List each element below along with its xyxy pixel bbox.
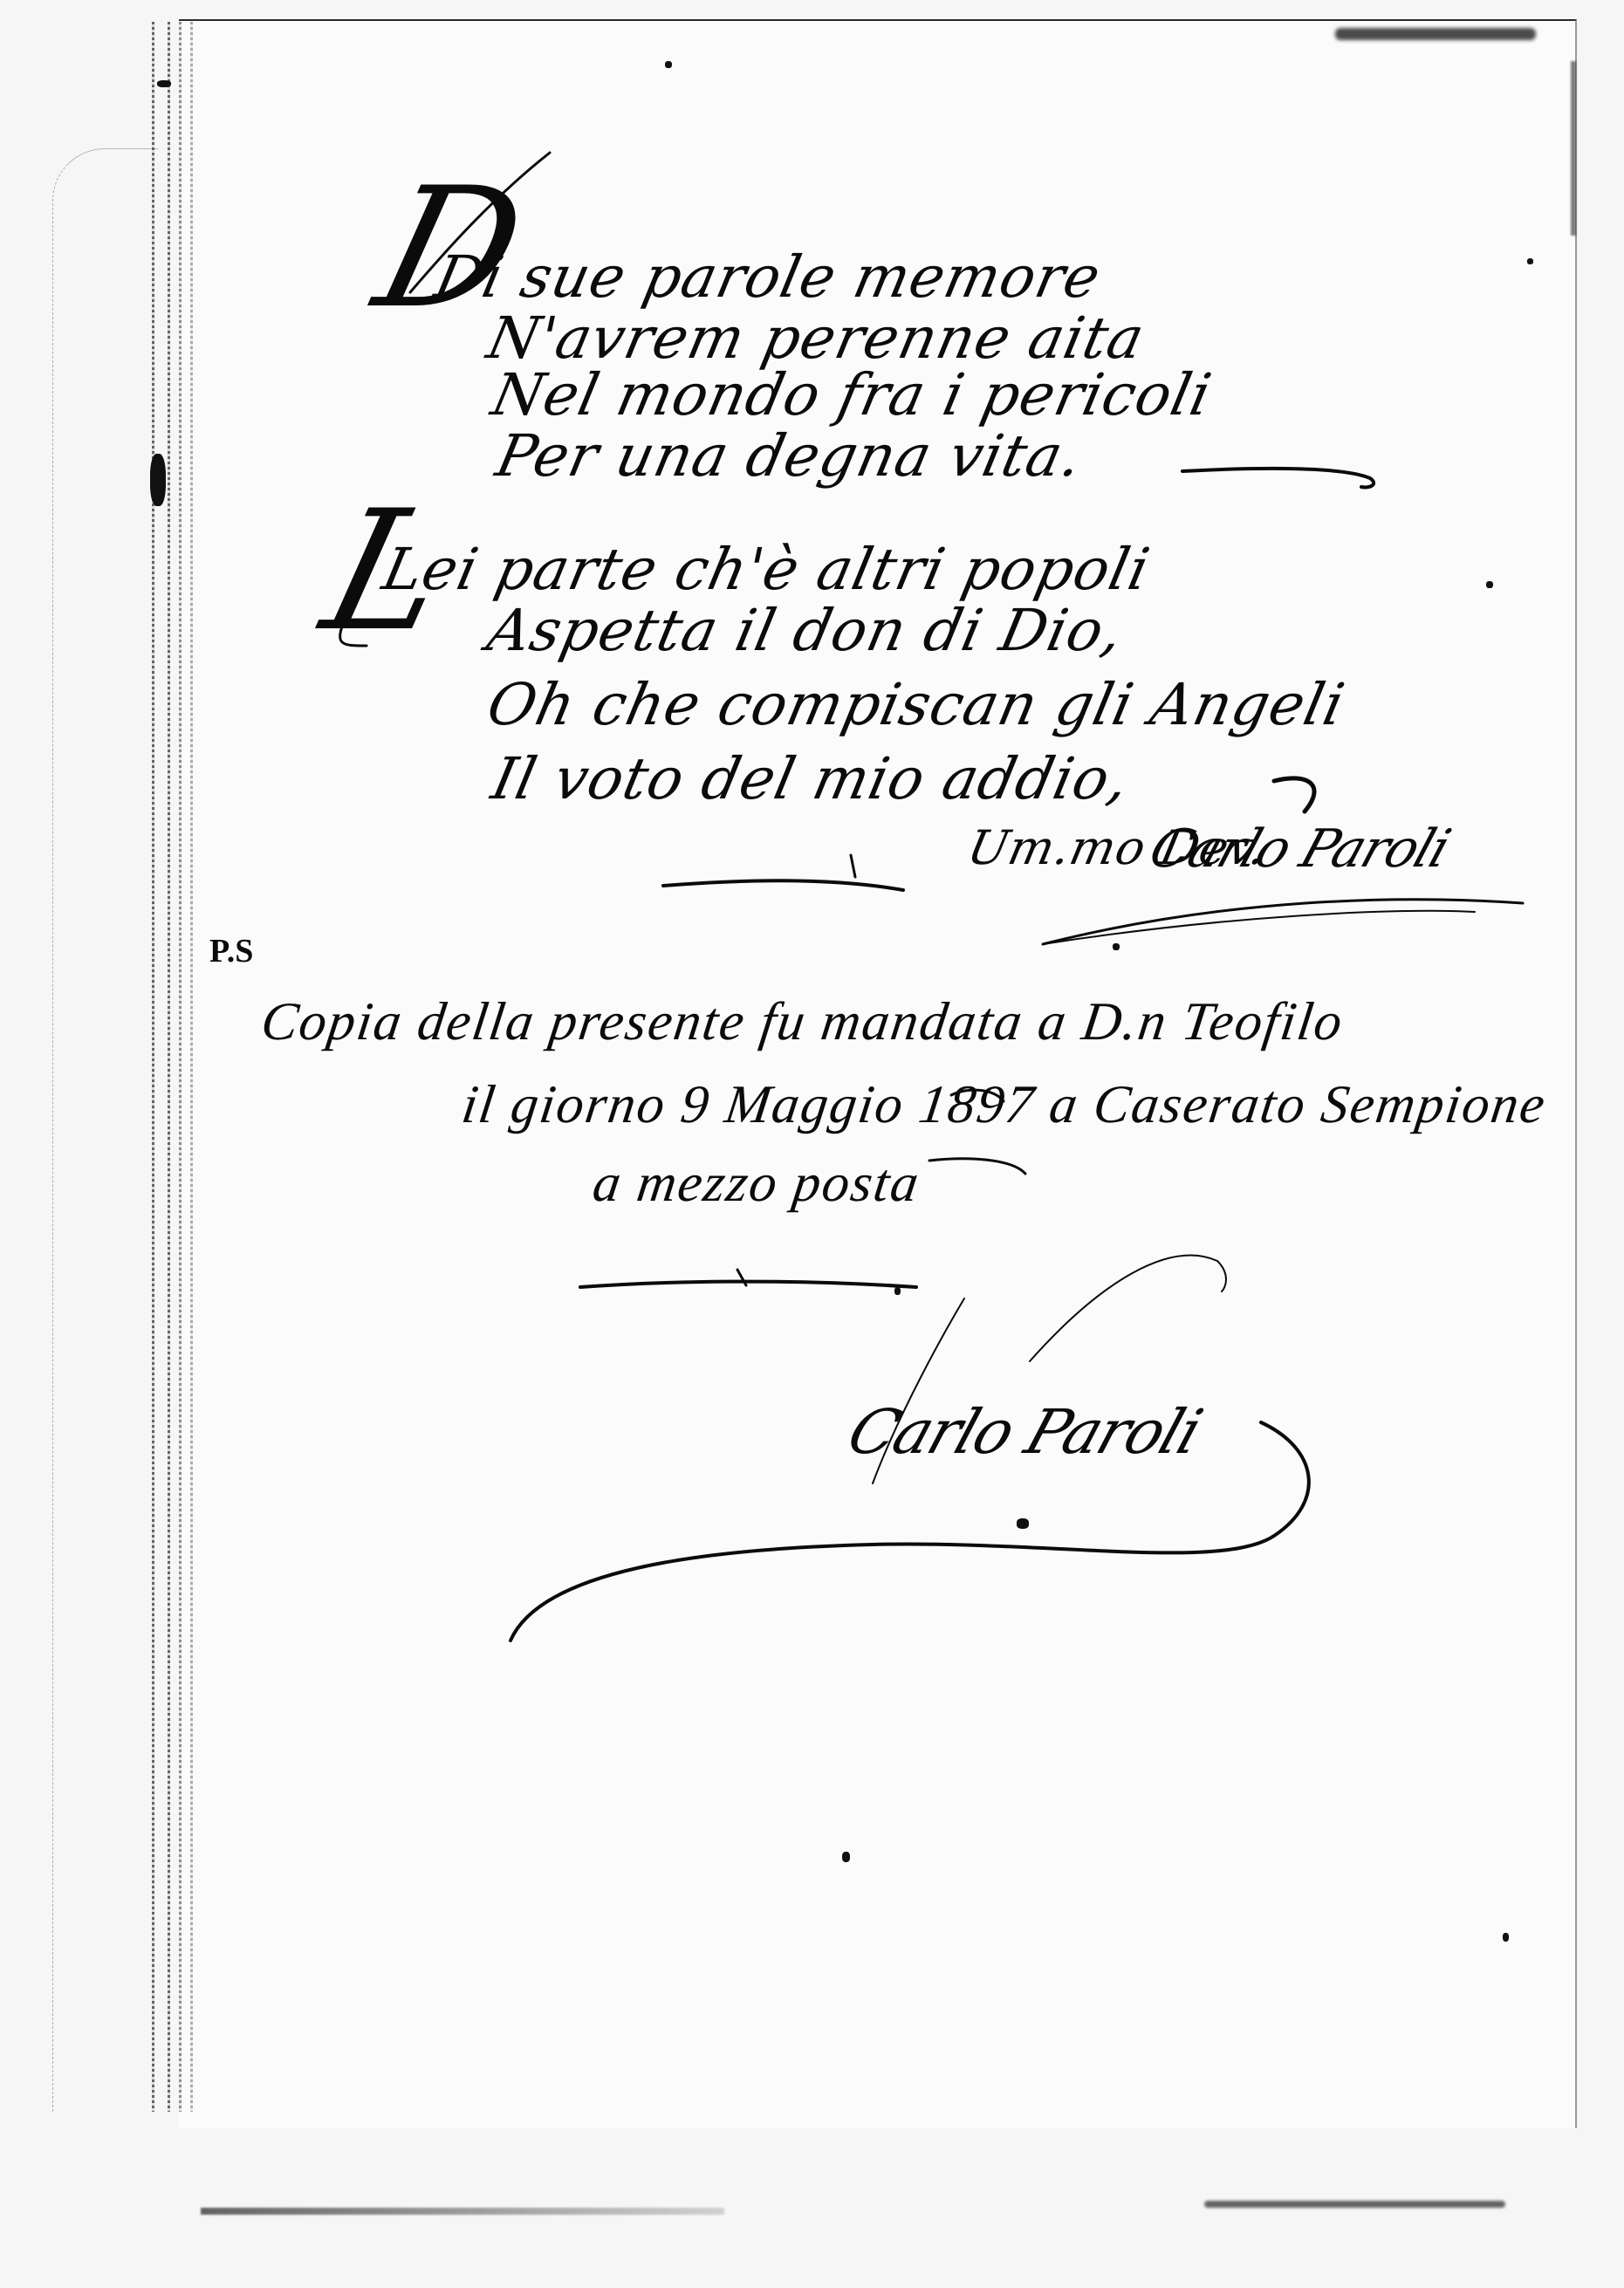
pen-flourishes <box>0 0 1624 2288</box>
